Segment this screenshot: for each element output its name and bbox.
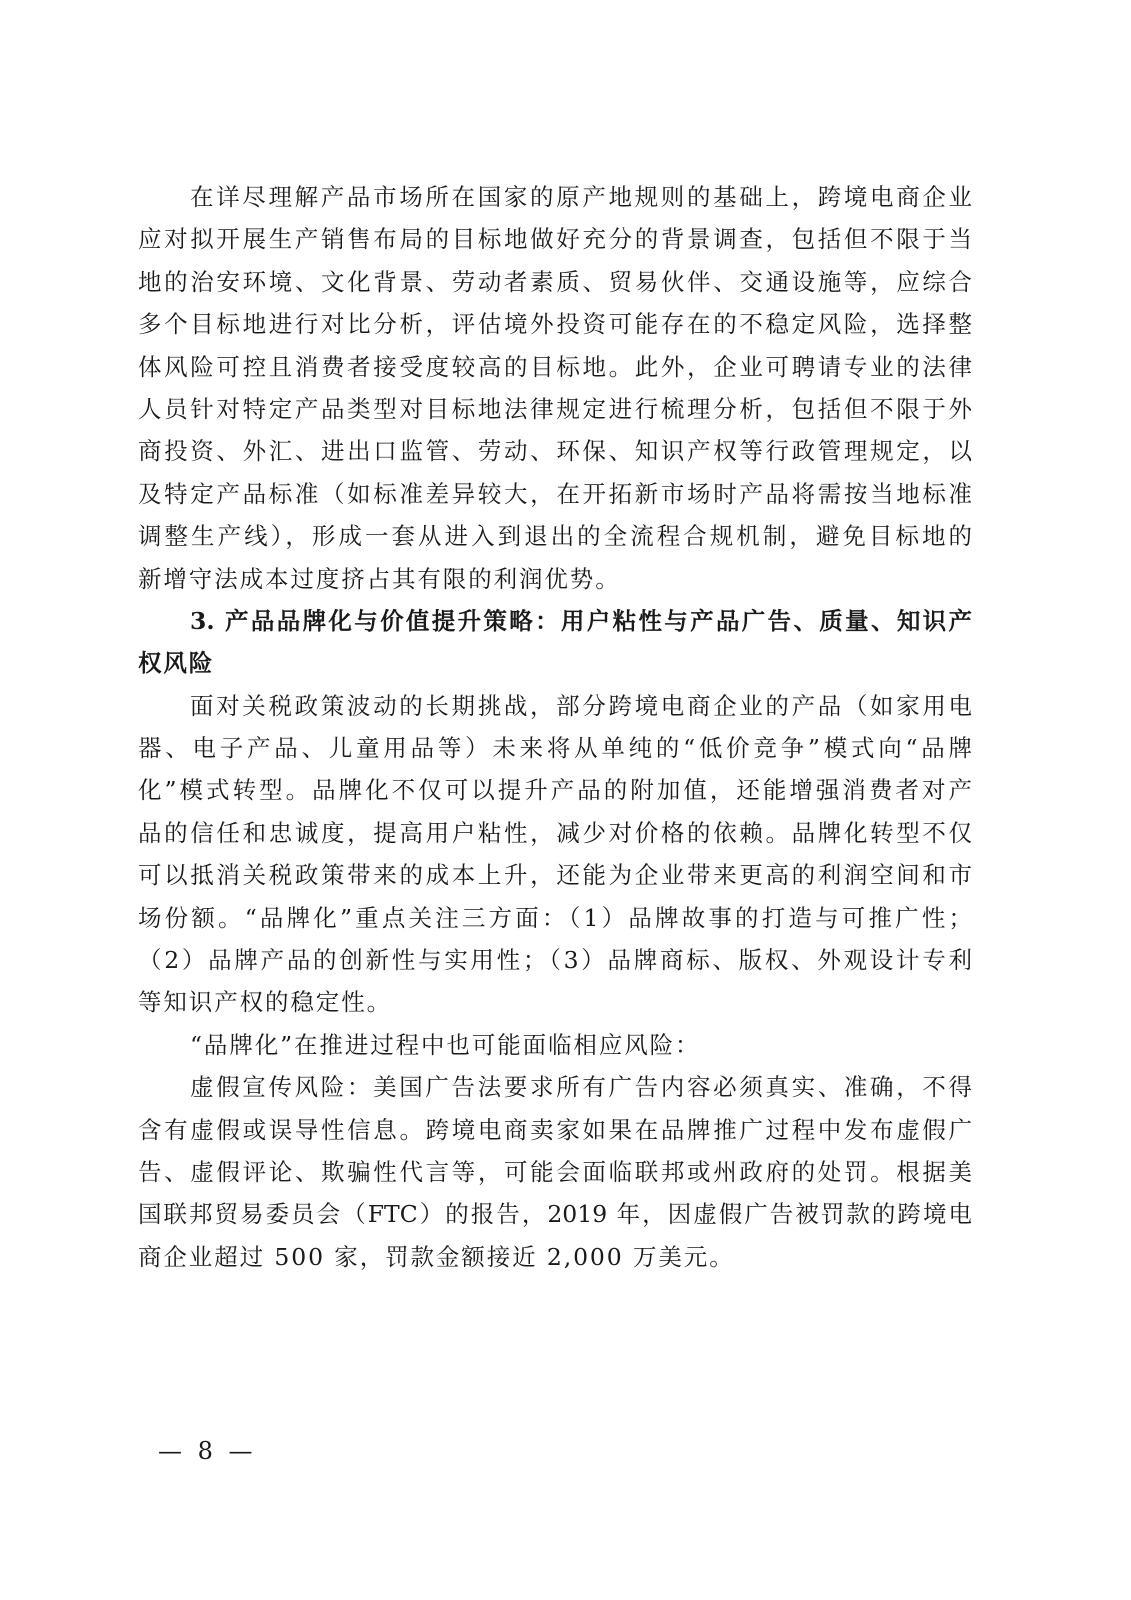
heading-line: 3. 产品品牌化与价值提升策略：用户粘性与产品广告、质量、知识产 <box>138 600 972 642</box>
text-line: 等知识产权的稳定性。 <box>138 981 972 1023</box>
text-line: 及特定产品标准（如标准差异较大，在开拓新市场时产品将需按当地标准 <box>138 473 972 515</box>
paragraph-false-advertising: 虚假宣传风险：美国广告法要求所有广告内容必须真实、准确，不得 含有虚假或误导性信… <box>138 1066 972 1278</box>
heading-line: 权风险 <box>138 642 972 684</box>
text-line: 应对拟开展生产销售布局的目标地做好充分的背景调查，包括但不限于当 <box>138 218 972 260</box>
text-line: 调整生产线），形成一套从进入到退出的全流程合规机制，避免目标地的 <box>138 515 972 557</box>
text-line: 化”模式转型。品牌化不仅可以提升产品的附加值，还能增强消费者对产 <box>138 769 972 811</box>
text-line: 场份额。“品牌化”重点关注三方面：（1）品牌故事的打造与可推广性； <box>138 897 972 939</box>
text-line: 面对关税政策波动的长期挑战，部分跨境电商企业的产品（如家用电 <box>138 685 972 727</box>
text-line: 在详尽理解产品市场所在国家的原产地规则的基础上，跨境电商企业 <box>138 176 972 218</box>
text-line: 人员针对特定产品类型对目标地法律规定进行梳理分析，包括但不限于外 <box>138 388 972 430</box>
text-line: 告、虚假评论、欺骗性代言等，可能会面临联邦或州政府的处罚。根据美 <box>138 1151 972 1193</box>
text-line: （2）品牌产品的创新性与实用性；（3）品牌商标、版权、外观设计专利 <box>138 939 972 981</box>
text-line: 虚假宣传风险：美国广告法要求所有广告内容必须真实、准确，不得 <box>138 1066 972 1108</box>
paragraph-branding-risks-intro: “品牌化”在推进过程中也可能面临相应风险： <box>138 1024 972 1066</box>
text-line: 器、电子产品、儿童用品等）未来将从单纯的“低价竞争”模式向“品牌 <box>138 727 972 769</box>
text-line: 商投资、外汇、进出口监管、劳动、环保、知识产权等行政管理规定，以 <box>138 430 972 472</box>
text-line: 新增守法成本过度挤占其有限的利润优势。 <box>138 558 972 600</box>
section-heading: 3. 产品品牌化与价值提升策略：用户粘性与产品广告、质量、知识产 权风险 <box>138 600 972 685</box>
text-line: 含有虚假或误导性信息。跨境电商卖家如果在品牌推广过程中发布虚假广 <box>138 1109 972 1151</box>
paragraph-branding: 面对关税政策波动的长期挑战，部分跨境电商企业的产品（如家用电 器、电子产品、儿童… <box>138 685 972 1024</box>
text-line: “品牌化”在推进过程中也可能面临相应风险： <box>138 1024 972 1066</box>
text-line: 多个目标地进行对比分析，评估境外投资可能存在的不稳定风险，选择整 <box>138 303 972 345</box>
paragraph-origin-rules: 在详尽理解产品市场所在国家的原产地规则的基础上，跨境电商企业 应对拟开展生产销售… <box>138 176 972 600</box>
text-line: 体风险可控且消费者接受度较高的目标地。此外，企业可聘请专业的法律 <box>138 346 972 388</box>
text-line: 商企业超过 500 家，罚款金额接近 2,000 万美元。 <box>138 1236 972 1278</box>
document-body: 在详尽理解产品市场所在国家的原产地规则的基础上，跨境电商企业 应对拟开展生产销售… <box>138 176 972 1278</box>
text-line: 地的治安环境、文化背景、劳动者素质、贸易伙伴、交通设施等，应综合 <box>138 261 972 303</box>
text-line: 品的信任和忠诚度，提高用户粘性，减少对价格的依赖。品牌化转型不仅 <box>138 812 972 854</box>
text-line: 国联邦贸易委员会（FTC）的报告，2019 年，因虚假广告被罚款的跨境电 <box>138 1193 972 1235</box>
page-number: — 8 — <box>158 1437 257 1465</box>
text-line: 可以抵消关税政策带来的成本上升，还能为企业带来更高的利润空间和市 <box>138 854 972 896</box>
